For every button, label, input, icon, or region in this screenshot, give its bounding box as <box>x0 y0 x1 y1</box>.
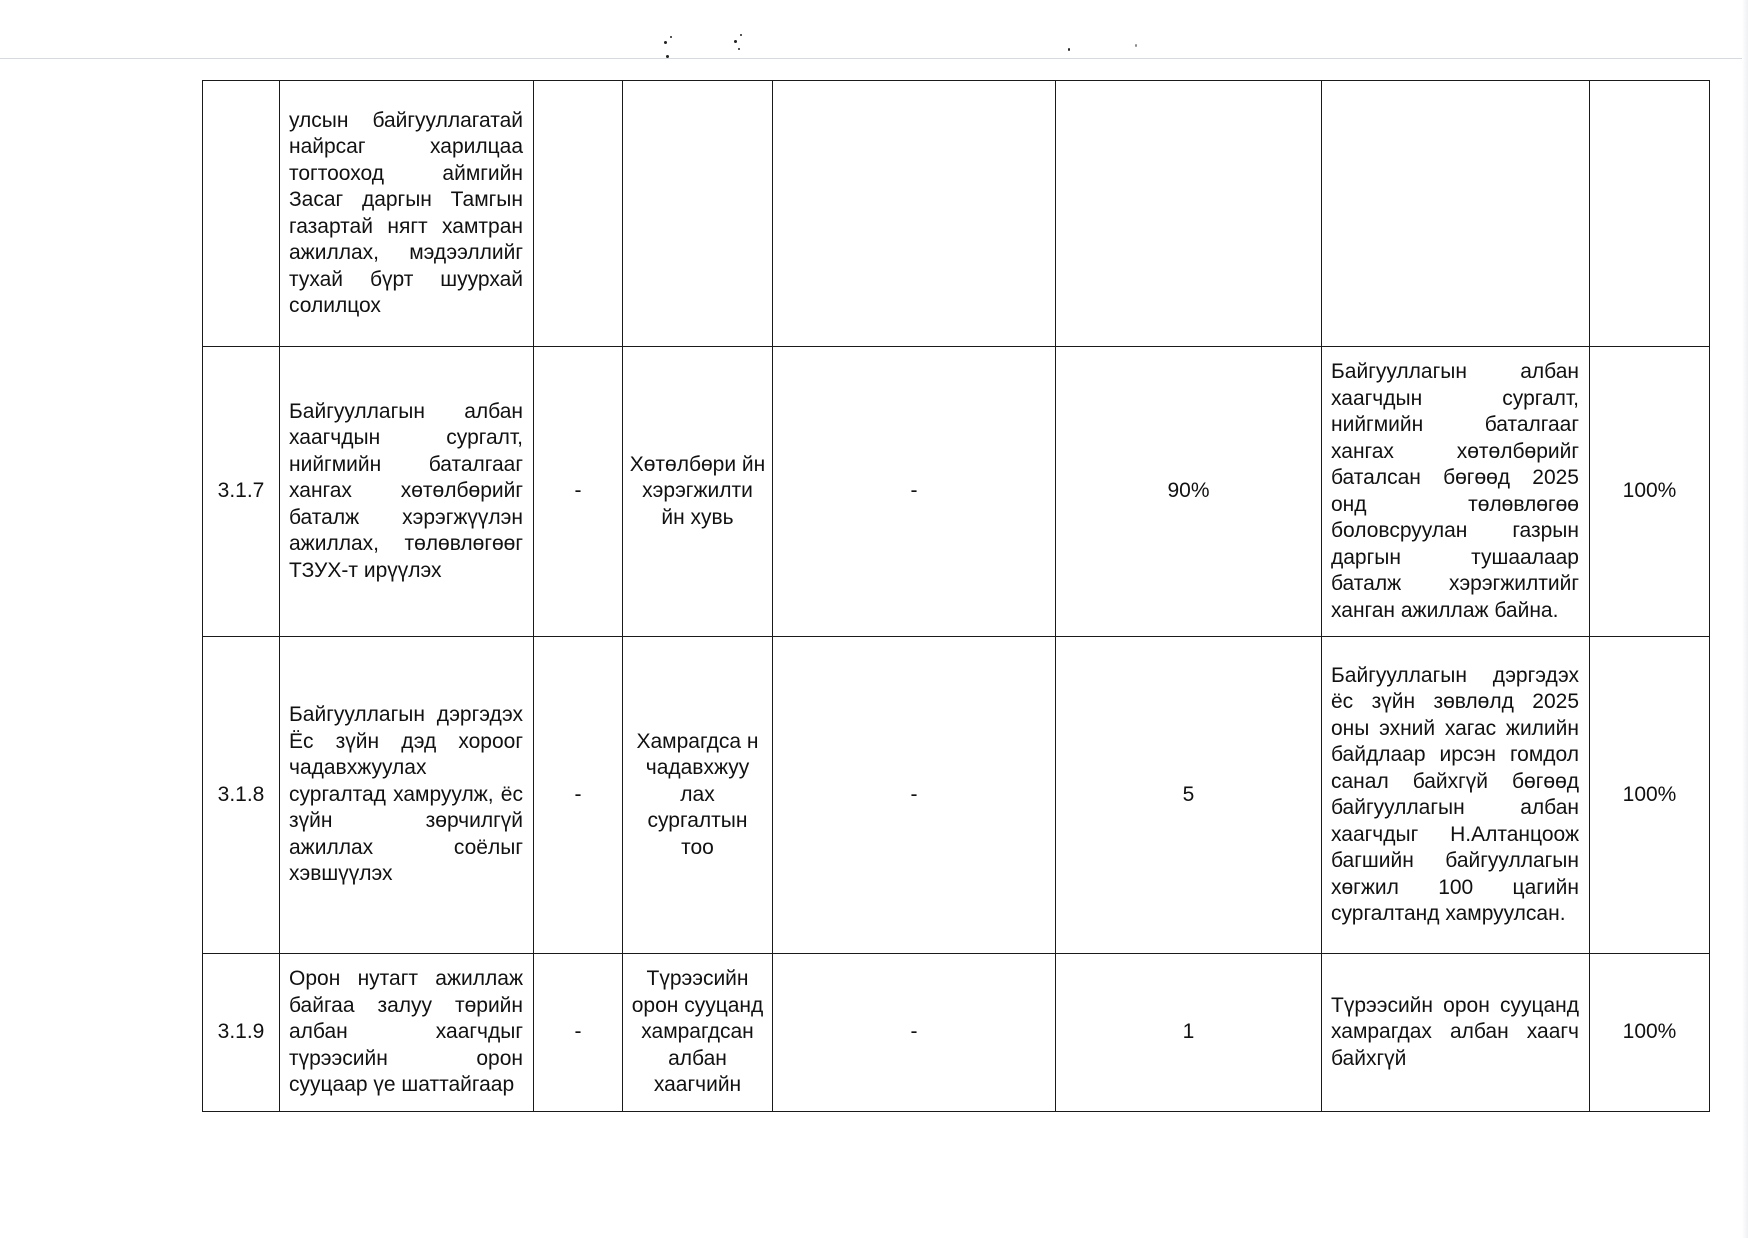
scan-speck <box>666 55 669 58</box>
indicator-cell <box>623 81 773 347</box>
row-id: 3.1.7 <box>203 347 280 637</box>
target-cell: 90% <box>1056 347 1322 637</box>
target-prev-cell: - <box>773 637 1056 954</box>
activity-report-table: улсын байгууллагатай найрсаг харилцаа то… <box>202 80 1710 1112</box>
activity-cell: Байгууллагын дэргэдэх Ёс зүйн дэд хороог… <box>280 637 534 954</box>
activity-cell: улсын байгууллагатай найрсаг харилцаа то… <box>280 81 534 347</box>
target-prev-cell: - <box>773 954 1056 1112</box>
table-row: 3.1.9 Орон нутагт ажиллаж байгаа залуу т… <box>203 954 1710 1112</box>
scan-speck <box>740 34 742 36</box>
progress-note-cell <box>1322 81 1590 347</box>
completion-cell <box>1590 81 1710 347</box>
target-prev-cell: - <box>773 347 1056 637</box>
scan-speck <box>734 40 737 43</box>
activity-text: Орон нутагт ажиллаж байгаа залуу төрийн … <box>289 966 523 1099</box>
table-row: 3.1.8 Байгууллагын дэргэдэх Ёс зүйн дэд … <box>203 637 1710 954</box>
baseline-cell <box>534 81 623 347</box>
scan-speck <box>664 41 667 44</box>
scan-speck <box>738 48 740 50</box>
completion-cell: 100% <box>1590 347 1710 637</box>
completion-cell: 100% <box>1590 637 1710 954</box>
progress-note-cell: Түрээсийн орон сууцанд хамрагдах албан х… <box>1322 954 1590 1112</box>
indicator-cell: Хөтөлбөри йн хэрэгжилти йн хувь <box>623 347 773 637</box>
scan-page-edge <box>1742 0 1748 1238</box>
scan-speck <box>670 36 672 38</box>
activity-cell: Байгууллагын албан хаагчдын сургалт, ний… <box>280 347 534 637</box>
row-id: 3.1.8 <box>203 637 280 954</box>
scan-speck <box>1068 48 1070 51</box>
baseline-cell: - <box>534 637 623 954</box>
table-body: улсын байгууллагатай найрсаг харилцаа то… <box>203 81 1710 1112</box>
scan-speck <box>1135 44 1137 47</box>
completion-cell: 100% <box>1590 954 1710 1112</box>
row-id <box>203 81 280 347</box>
activity-text: Байгууллагын дэргэдэх Ёс зүйн дэд хороог… <box>289 702 523 888</box>
table-row: улсын байгууллагатай найрсаг харилцаа то… <box>203 81 1710 347</box>
target-cell: 5 <box>1056 637 1322 954</box>
target-cell: 1 <box>1056 954 1322 1112</box>
row-id: 3.1.9 <box>203 954 280 1112</box>
baseline-cell: - <box>534 347 623 637</box>
activity-text: улсын байгууллагатай найрсаг харилцаа то… <box>289 108 523 320</box>
target-cell <box>1056 81 1322 347</box>
scan-header-line <box>0 58 1748 59</box>
indicator-cell: Хамрагдса н чадавхжуу лах сургалтын тоо <box>623 637 773 954</box>
activity-text: Байгууллагын албан хаагчдын сургалт, ний… <box>289 399 523 585</box>
indicator-cell: Түрээсийн орон сууцанд хамрагдсан албан … <box>623 954 773 1112</box>
table-row: 3.1.7 Байгууллагын албан хаагчдын сургал… <box>203 347 1710 637</box>
activity-cell: Орон нутагт ажиллаж байгаа залуу төрийн … <box>280 954 534 1112</box>
progress-note-cell: Байгууллагын дэргэдэх ёс зүйн зөвлөлд 20… <box>1322 637 1590 954</box>
baseline-cell: - <box>534 954 623 1112</box>
target-prev-cell <box>773 81 1056 347</box>
progress-note-cell: Байгууллагын албан хаагчдын сургалт, ний… <box>1322 347 1590 637</box>
